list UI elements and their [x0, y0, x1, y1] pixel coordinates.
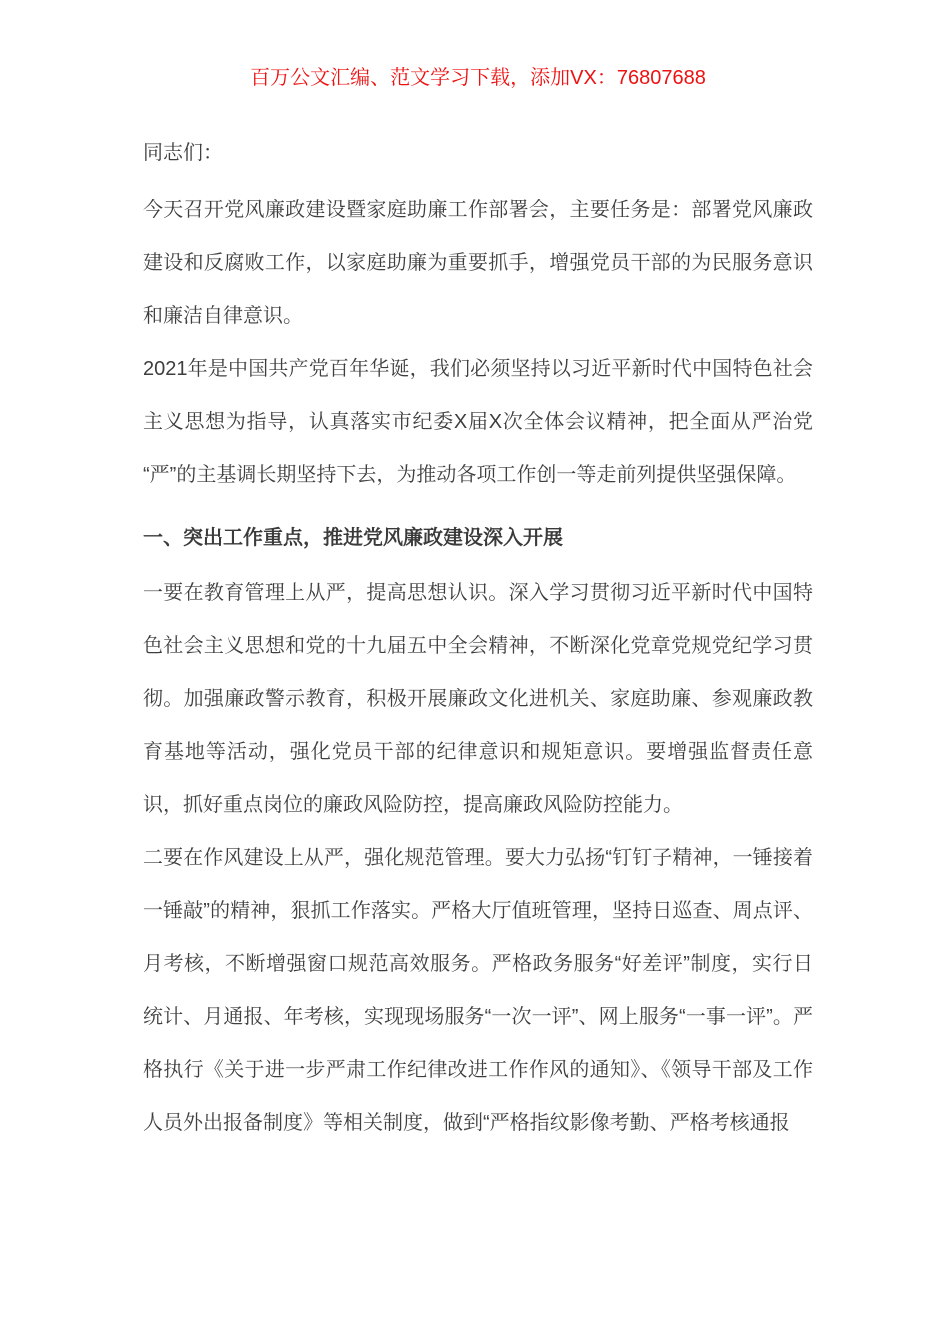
document-page: 百万公文汇编、范文学习下载，添加VX：76807688 同志们： 今天召开党风廉…: [0, 0, 950, 1344]
document-body: 同志们： 今天召开党风廉政建设暨家庭助廉工作部署会，主要任务是：部署党风廉政建设…: [143, 127, 813, 1150]
salutation: 同志们：: [143, 127, 813, 180]
section-heading-one: 一、突出工作重点，推进党风廉政建设深入开展: [143, 512, 813, 565]
paragraph-intro: 今天召开党风廉政建设暨家庭助廉工作部署会，主要任务是：部署党风廉政建设和反腐败工…: [143, 184, 813, 343]
header-notice: 百万公文汇编、范文学习下载，添加VX：76807688: [143, 62, 813, 94]
paragraph-point-two: 二要在作风建设上从严，强化规范管理。要大力弘扬“钉钉子精神，一锤接着一锤敲”的精…: [143, 832, 813, 1150]
paragraph-point-one: 一要在教育管理上从严，提高思想认识。深入学习贯彻习近平新时代中国特色社会主义思想…: [143, 567, 813, 832]
paragraph-background: 2021年是中国共产党百年华诞，我们必须坚持以习近平新时代中国特色社会主义思想为…: [143, 343, 813, 502]
